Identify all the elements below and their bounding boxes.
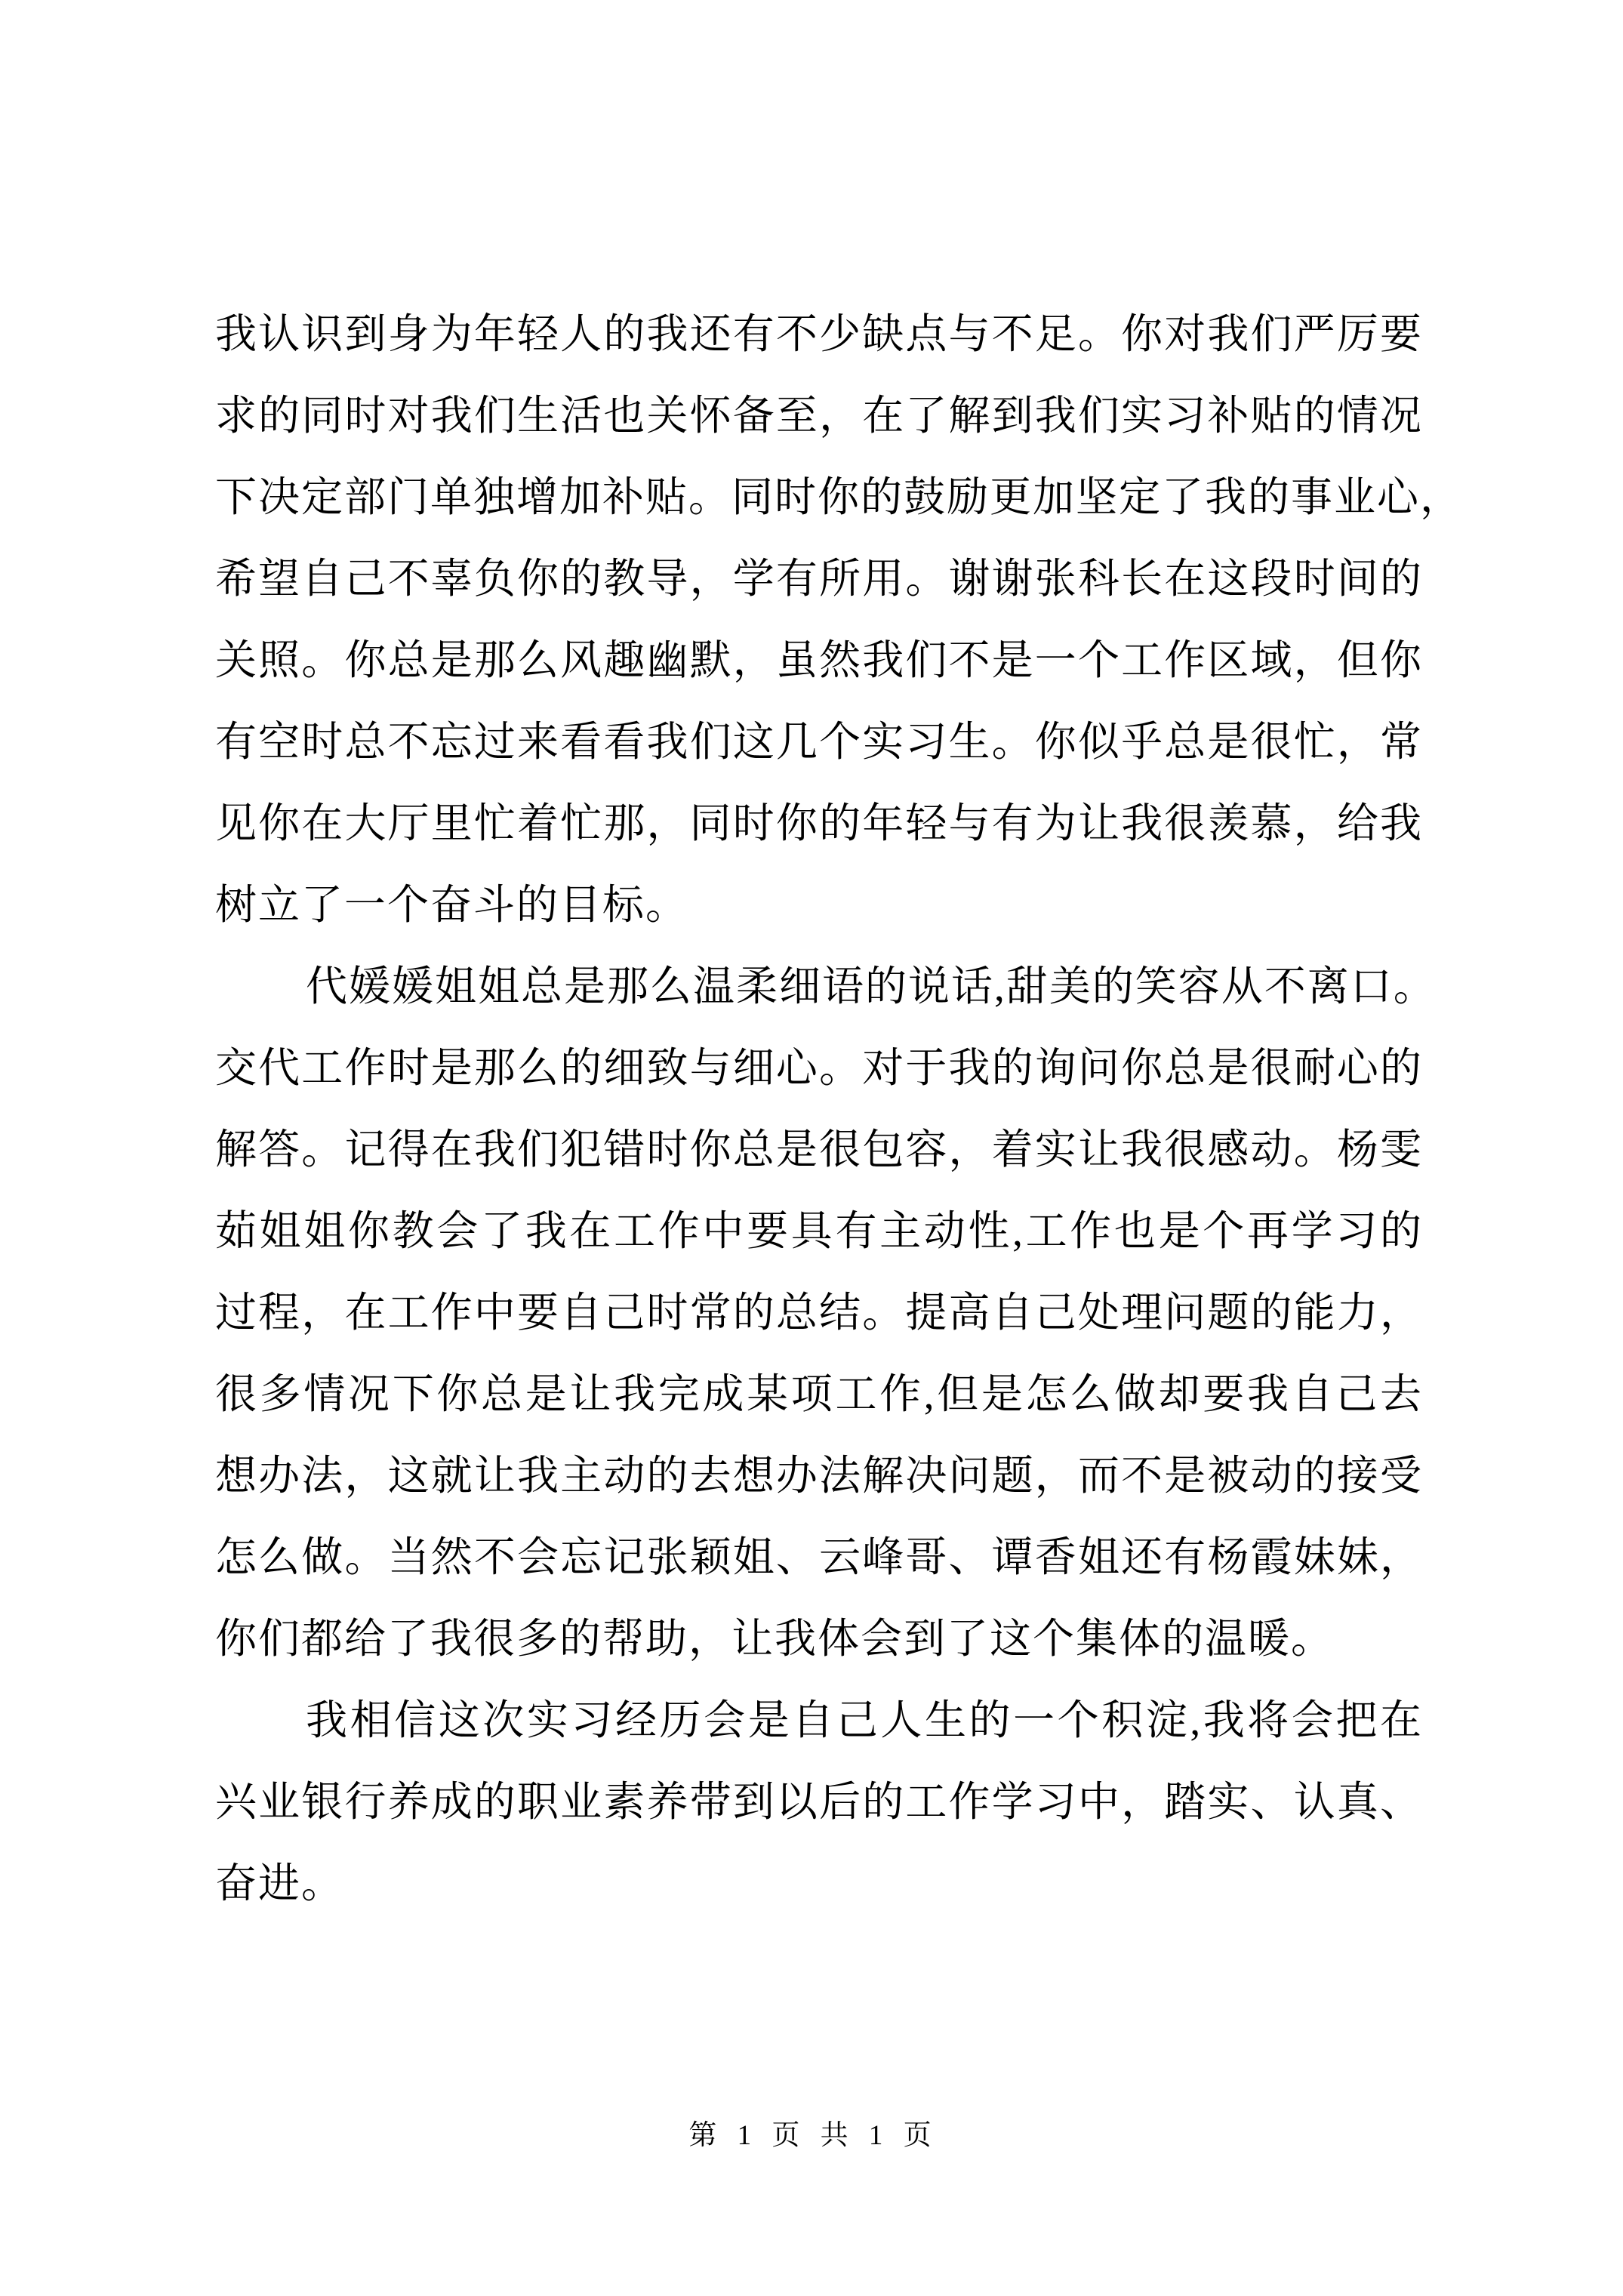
page-number-label: 第 1 页 共 1 页 — [688, 2120, 934, 2151]
text-line: 你们都给了我很多的帮助，让我体会到了这个集体的温暖。 — [215, 1598, 1423, 1680]
text-line: 希望自己不辜负你的教导，学有所用。谢谢张科长在这段时间的 — [215, 538, 1423, 620]
paragraph: 我相信这次实习经历会是自己人生的一个积淀,我将会把在兴业银行养成的职业素养带到以… — [215, 1680, 1423, 1925]
text-line: 兴业银行养成的职业素养带到以后的工作学习中，踏实、认真、 — [215, 1761, 1423, 1843]
page-footer: 第 1 页 共 1 页 — [0, 2119, 1623, 2153]
text-line: 解答。记得在我们犯错时你总是很包容，着实让我很感动。杨雯 — [215, 1109, 1423, 1191]
text-line: 过程，在工作中要自己时常的总结。提高自己处理问题的能力， — [215, 1272, 1423, 1354]
text-line: 求的同时对我们生活也关怀备至，在了解到我们实习补贴的情况 — [215, 375, 1423, 457]
text-line: 我认识到身为年轻人的我还有不少缺点与不足。你对我们严厉要 — [215, 294, 1423, 375]
text-line: 很多情况下你总是让我完成某项工作,但是怎么做却要我自己去 — [215, 1354, 1423, 1435]
paragraph: 代媛媛姐姐总是那么温柔细语的说话,甜美的笑容从不离口。交代工作时是那么的细致与细… — [215, 946, 1423, 1680]
text-line: 我相信这次实习经历会是自己人生的一个积淀,我将会把在 — [215, 1680, 1423, 1761]
document-page: 我认识到身为年轻人的我还有不少缺点与不足。你对我们严厉要求的同时对我们生活也关怀… — [0, 0, 1623, 2296]
text-line: 有空时总不忘过来看看我们这几个实习生。你似乎总是很忙，常 — [215, 701, 1423, 783]
text-line: 代媛媛姐姐总是那么温柔细语的说话,甜美的笑容从不离口。 — [215, 946, 1423, 1028]
text-line: 关照。你总是那么风趣幽默，虽然我们不是一个工作区域，但你 — [215, 620, 1423, 701]
document-body: 我认识到身为年轻人的我还有不少缺点与不足。你对我们严厉要求的同时对我们生活也关怀… — [215, 294, 1423, 1925]
paragraph: 我认识到身为年轻人的我还有不少缺点与不足。你对我们严厉要求的同时对我们生活也关怀… — [215, 294, 1423, 946]
text-line: 树立了一个奋斗的目标。 — [215, 864, 1423, 946]
text-line: 怎么做。当然不会忘记张颖姐、云峰哥、谭香姐还有杨霞妹妹， — [215, 1517, 1423, 1598]
text-line: 下决定部门单独增加补贴。同时你的鼓励更加坚定了我的事业心， — [215, 457, 1423, 538]
text-line: 见你在大厅里忙着忙那，同时你的年轻与有为让我很羡慕，给我 — [215, 783, 1423, 864]
text-line: 交代工作时是那么的细致与细心。对于我的询问你总是很耐心的 — [215, 1028, 1423, 1109]
text-line: 茹姐姐你教会了我在工作中要具有主动性,工作也是个再学习的 — [215, 1191, 1423, 1272]
text-line: 想办法，这就让我主动的去想办法解决问题，而不是被动的接受 — [215, 1435, 1423, 1517]
text-line: 奋进。 — [215, 1843, 1423, 1925]
